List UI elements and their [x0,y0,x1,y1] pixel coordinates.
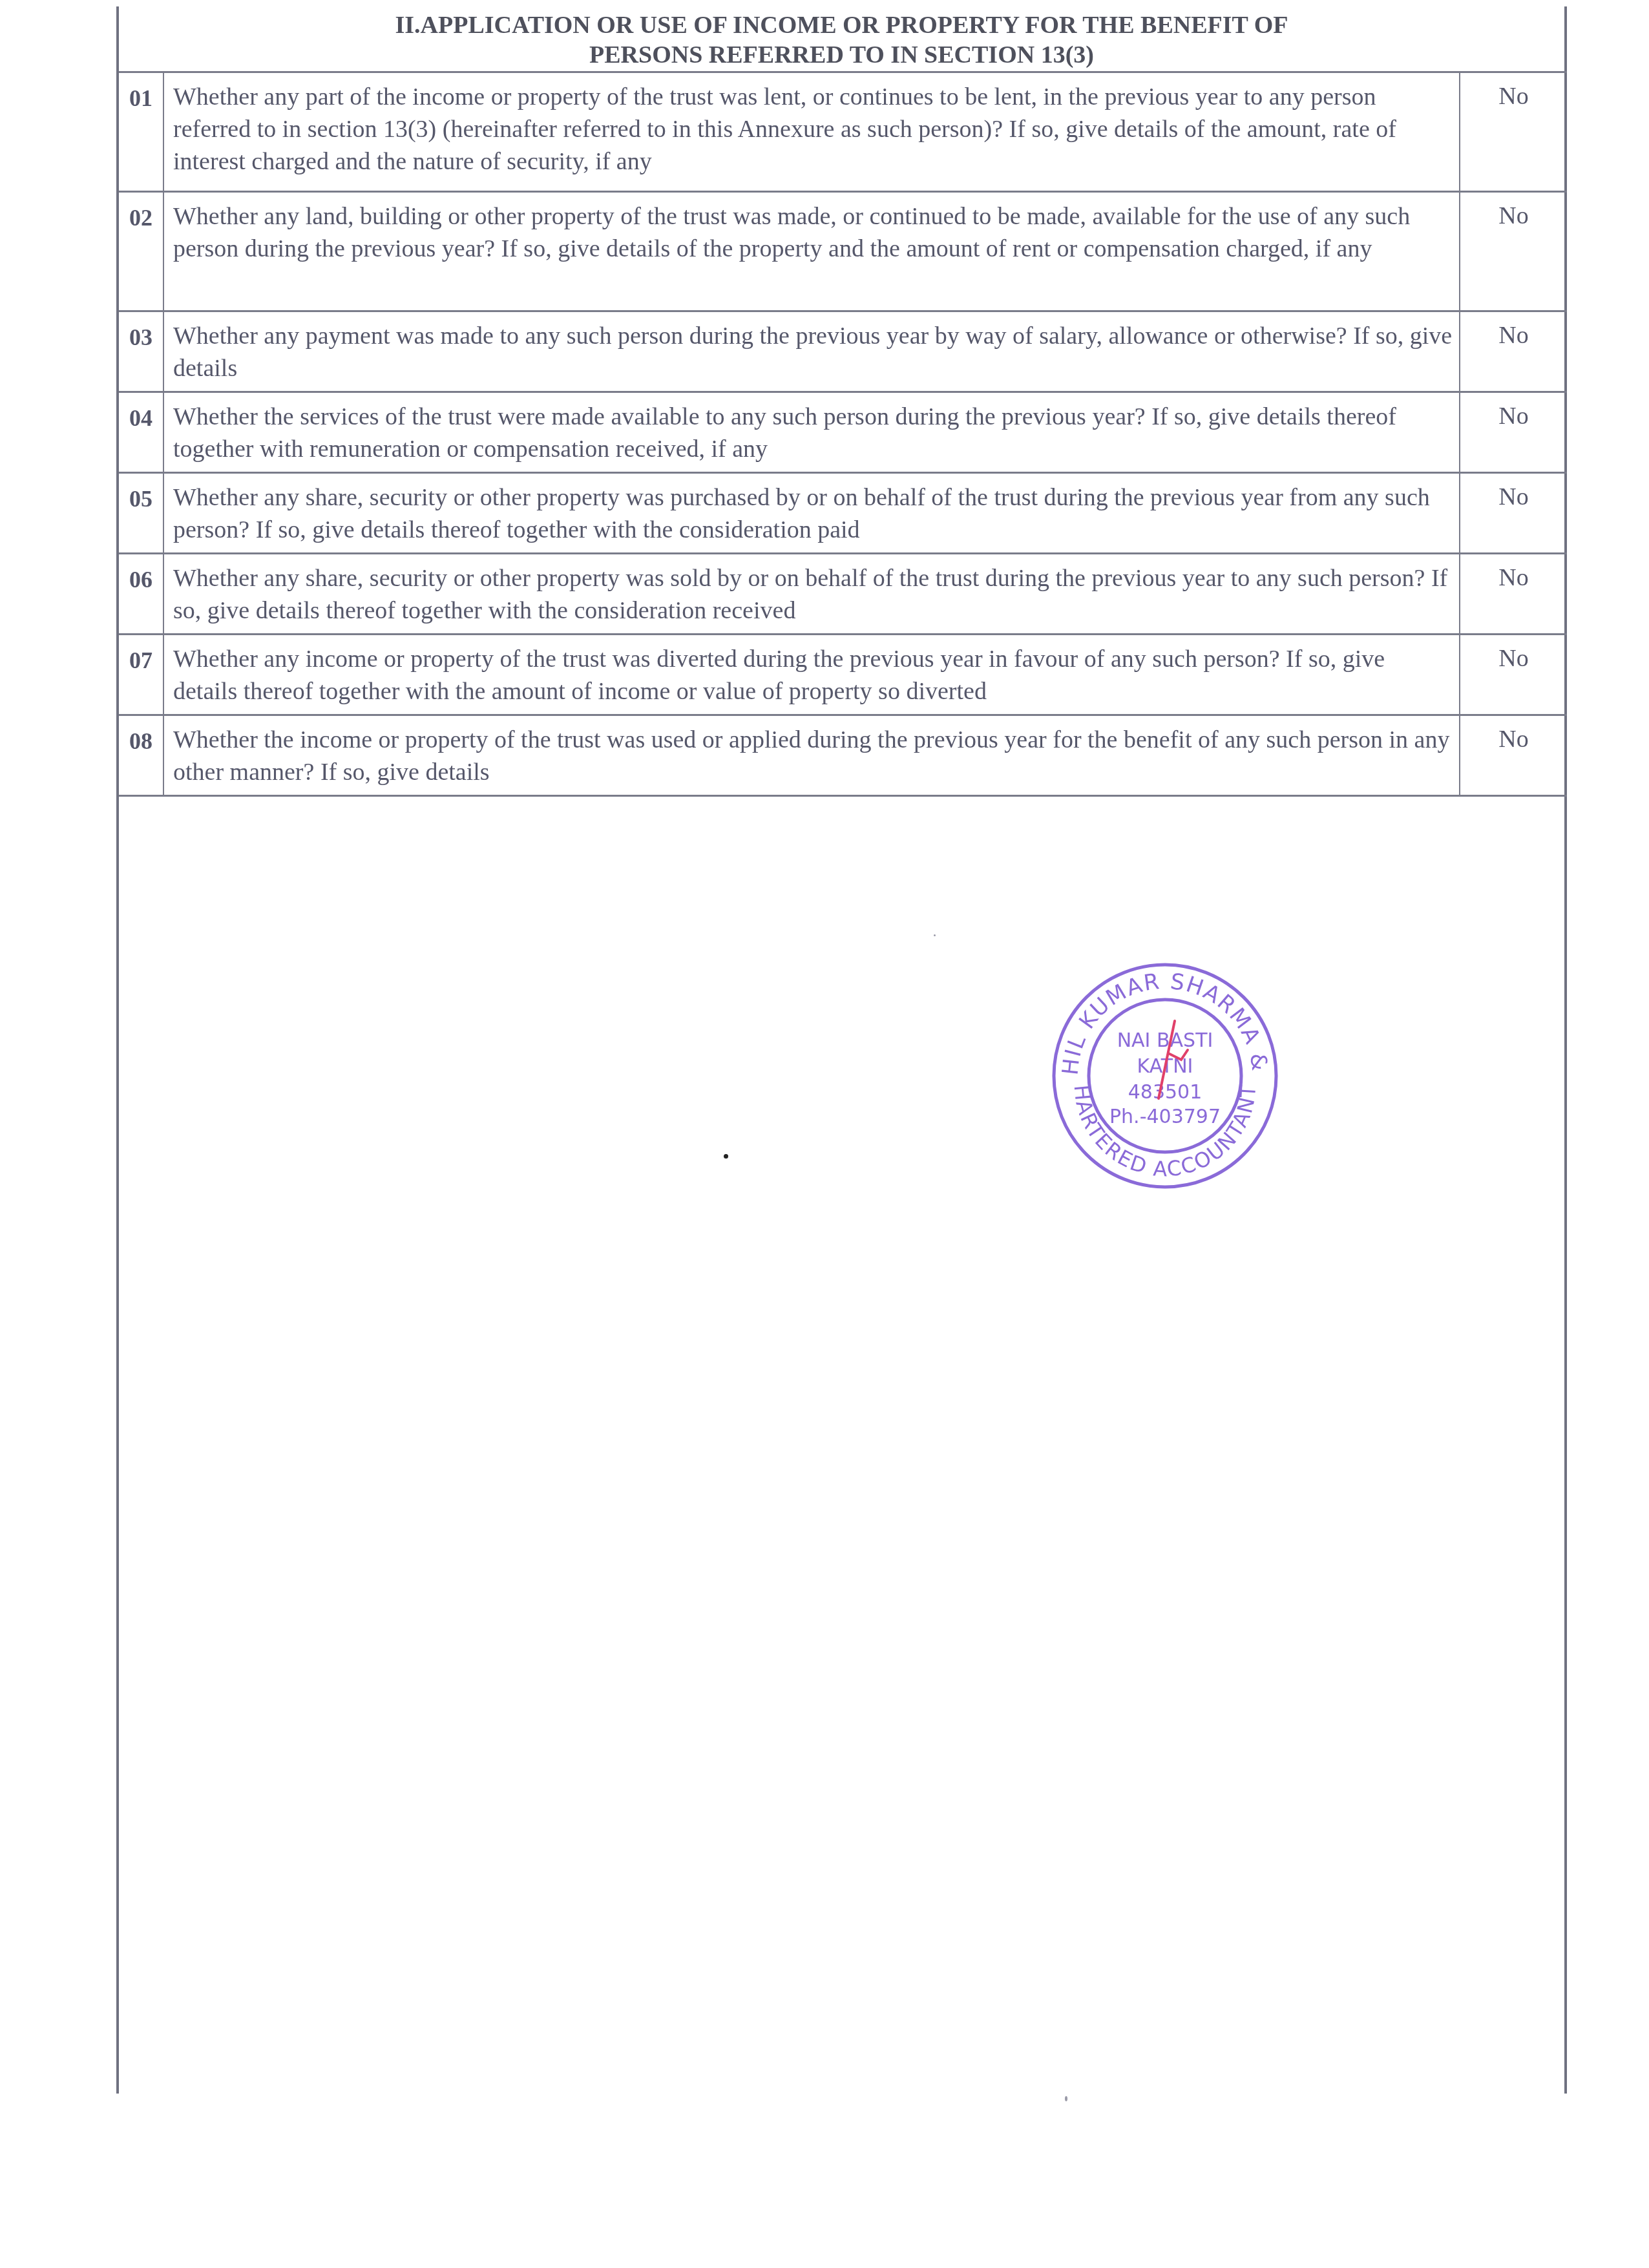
row-question: Whether any payment was made to any such… [163,311,1460,392]
row-answer: No [1460,72,1567,192]
row-question: Whether any share, security or other pro… [163,554,1460,635]
row-answer: No [1460,311,1567,392]
scan-speck [1065,2096,1067,2101]
table-row: 06 Whether any share, security or other … [119,554,1567,635]
row-number: 03 [119,311,163,392]
title-line-2: PERSONS REFERRED TO IN SECTION 13(3) [119,40,1564,70]
row-question: Whether any land, building or other prop… [163,192,1460,311]
title-line-1: II.APPLICATION OR USE OF INCOME OR PROPE… [119,10,1564,40]
table-row: 07 Whether any income or property of the… [119,635,1567,715]
company-stamp: SUSHIL KUMAR SHARMA & CO. CHARTERED ACCO… [1045,956,1285,1195]
row-number: 05 [119,473,163,554]
row-question: Whether any share, security or other pro… [163,473,1460,554]
row-question: Whether the services of the trust were m… [163,392,1460,473]
table-row: 05 Whether any share, security or other … [119,473,1567,554]
row-number: 07 [119,635,163,715]
row-answer: No [1460,635,1567,715]
stamp-line-3: 483501 [1128,1081,1203,1104]
row-answer: No [1460,554,1567,635]
row-question: Whether any part of the income or proper… [163,72,1460,192]
scan-speck [724,1154,728,1159]
row-number: 04 [119,392,163,473]
table-row: 04 Whether the services of the trust wer… [119,392,1567,473]
row-answer: No [1460,473,1567,554]
table-row: 02 Whether any land, building or other p… [119,192,1567,311]
row-answer: No [1460,392,1567,473]
stamp-seal-icon: SUSHIL KUMAR SHARMA & CO. CHARTERED ACCO… [1045,956,1285,1195]
stamp-line-4: Ph.-403797 [1109,1106,1221,1128]
scan-speck [934,934,936,936]
table-row: 08 Whether the income or property of the… [119,715,1567,796]
row-answer: No [1460,715,1567,796]
section-title: II.APPLICATION OR USE OF INCOME OR PROPE… [119,6,1564,72]
row-number: 08 [119,715,163,796]
row-question: Whether the income or property of the tr… [163,715,1460,796]
row-question: Whether any income or property of the tr… [163,635,1460,715]
stamp-line-1: NAI BASTI [1117,1029,1213,1052]
table-row: 01 Whether any part of the income or pro… [119,72,1567,192]
disclosure-table: 01 Whether any part of the income or pro… [119,71,1567,797]
row-number: 06 [119,554,163,635]
table-row: 03 Whether any payment was made to any s… [119,311,1567,392]
row-number: 02 [119,192,163,311]
row-answer: No [1460,192,1567,311]
row-number: 01 [119,72,163,192]
